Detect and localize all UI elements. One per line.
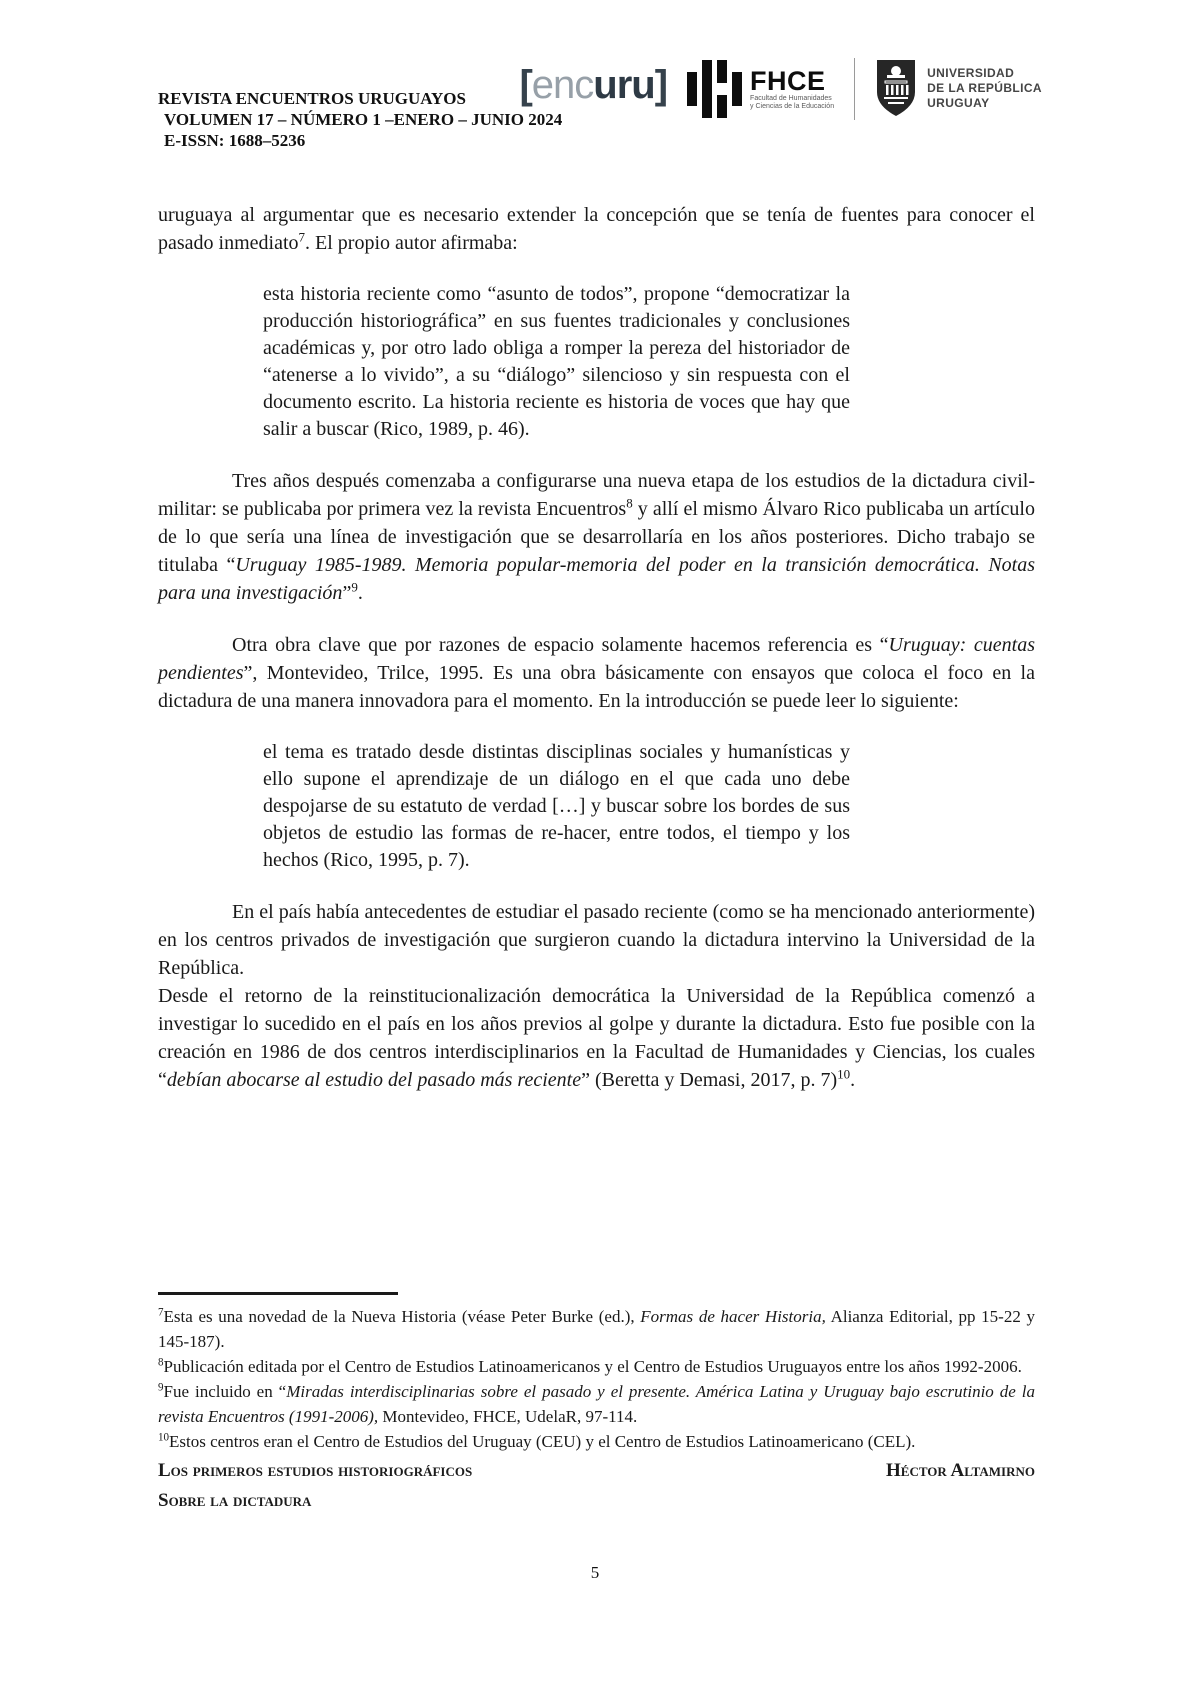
- footnote-8: 8Publicación editada por el Centro de Es…: [158, 1354, 1035, 1379]
- logo-divider: [854, 58, 855, 120]
- footnote-10: 10Estos centros eran el Centro de Estudi…: [158, 1429, 1035, 1454]
- footnote-ref-10: 10: [837, 1066, 850, 1081]
- fhce-subtitle-line2: y Ciencias de la Educación: [750, 103, 834, 111]
- paragraph-text: uruguaya al argumentar que es necesario …: [158, 204, 1035, 254]
- paragraph-3: Otra obra clave que por razones de espac…: [158, 631, 1035, 715]
- paragraph-text: En el país había antecedentes de estudia…: [158, 901, 1035, 979]
- footnote-7: 7Esta es una novedad de la Nueva Histori…: [158, 1304, 1035, 1354]
- udelar-line3: URUGUAY: [927, 96, 1042, 111]
- footnote-title-italic: Formas de hacer Historia,: [640, 1307, 826, 1326]
- page-number: 5: [0, 1563, 1190, 1583]
- encuru-logo-text-gray: enc: [532, 63, 594, 107]
- paragraph-text: . El propio autor afirmaba:: [305, 232, 518, 254]
- paragraph-text: ” (Beretta y Demasi, 2017, p. 7): [581, 1069, 837, 1091]
- running-title: Los primeros estudios historiográficos S…: [158, 1456, 472, 1516]
- journal-page: [encuru] FHCE Facultad de Humanidades y …: [0, 0, 1190, 1684]
- paragraph-text: ”, Montevideo, Trilce, 1995. Es una obra…: [158, 662, 1035, 712]
- paragraph-text: .: [358, 582, 363, 604]
- fhce-bars-icon: [687, 60, 742, 118]
- journal-issn: E-ISSN: 1688–5236: [158, 130, 1035, 151]
- paragraph-text: Otra obra clave que por razones de espac…: [232, 634, 889, 656]
- udelar-shield-icon: [875, 58, 917, 118]
- work-title-italic: Uruguay 1985-1989. Memoria popular-memor…: [158, 554, 1035, 604]
- udelar-line1: UNIVERSIDAD: [927, 66, 1042, 81]
- encuru-bracket-left: [: [519, 63, 531, 107]
- footnotes: 7Esta es una novedad de la Nueva Histori…: [158, 1304, 1035, 1454]
- footnote-number: 10: [158, 1431, 169, 1443]
- paragraph-5: Desde el retorno de la reinstitucionaliz…: [158, 982, 1035, 1094]
- quote-text: esta historia reciente como “asunto de t…: [263, 283, 850, 440]
- paragraph-2: Tres años después comenzaba a configurar…: [158, 467, 1035, 607]
- fhce-subtitle-line1: Facultad de Humanidades: [750, 95, 834, 103]
- footnote-text: Fue incluido en “: [164, 1382, 287, 1401]
- encuru-logo: [encuru]: [519, 56, 667, 114]
- encuru-bracket-right: ]: [655, 63, 667, 107]
- footnote-text: Estos centros eran el Centro de Estudios…: [169, 1432, 915, 1451]
- quoted-phrase-italic: debían abocarse al estudio del pasado má…: [167, 1069, 581, 1091]
- running-title-line1: Los primeros estudios historiográficos: [158, 1456, 472, 1486]
- paragraph-text: ”: [342, 582, 351, 604]
- paragraph-text: .: [850, 1069, 855, 1091]
- footnote-separator: [158, 1292, 398, 1295]
- footnote-text: Montevideo, FHCE, UdelaR, 97-114.: [378, 1407, 637, 1426]
- encuru-logo-text-dark: uru: [593, 63, 654, 107]
- block-quote-2: el tema es tratado desde distintas disci…: [263, 739, 850, 874]
- footnote-text: Esta es una novedad de la Nueva Historia…: [164, 1307, 641, 1326]
- paragraph-1: uruguaya al argumentar que es necesario …: [158, 201, 1035, 257]
- paragraph-4: En el país había antecedentes de estudia…: [158, 898, 1035, 982]
- fhce-logo: FHCE Facultad de Humanidades y Ciencias …: [687, 60, 834, 118]
- footnote-text: Publicación editada por el Centro de Est…: [164, 1357, 1022, 1376]
- quote-text: el tema es tratado desde distintas disci…: [263, 741, 850, 871]
- udelar-logo: UNIVERSIDAD DE LA REPÚBLICA URUGUAY: [875, 58, 1042, 118]
- udelar-line2: DE LA REPÚBLICA: [927, 81, 1042, 96]
- running-footer: Los primeros estudios historiográficos S…: [158, 1456, 1035, 1516]
- block-quote-1: esta historia reciente como “asunto de t…: [263, 281, 850, 443]
- fhce-acronym: FHCE: [750, 67, 834, 95]
- footnote-area: 7Esta es una novedad de la Nueva Histori…: [158, 1292, 1035, 1516]
- article-body: uruguaya al argumentar que es necesario …: [158, 201, 1035, 1094]
- running-title-line2: Sobre la dictadura: [158, 1486, 472, 1516]
- footnote-9: 9Fue incluido en “Miradas interdisciplin…: [158, 1379, 1035, 1429]
- running-author: Héctor Altamirno: [886, 1456, 1035, 1486]
- header-logos: [encuru] FHCE Facultad de Humanidades y …: [519, 56, 1042, 120]
